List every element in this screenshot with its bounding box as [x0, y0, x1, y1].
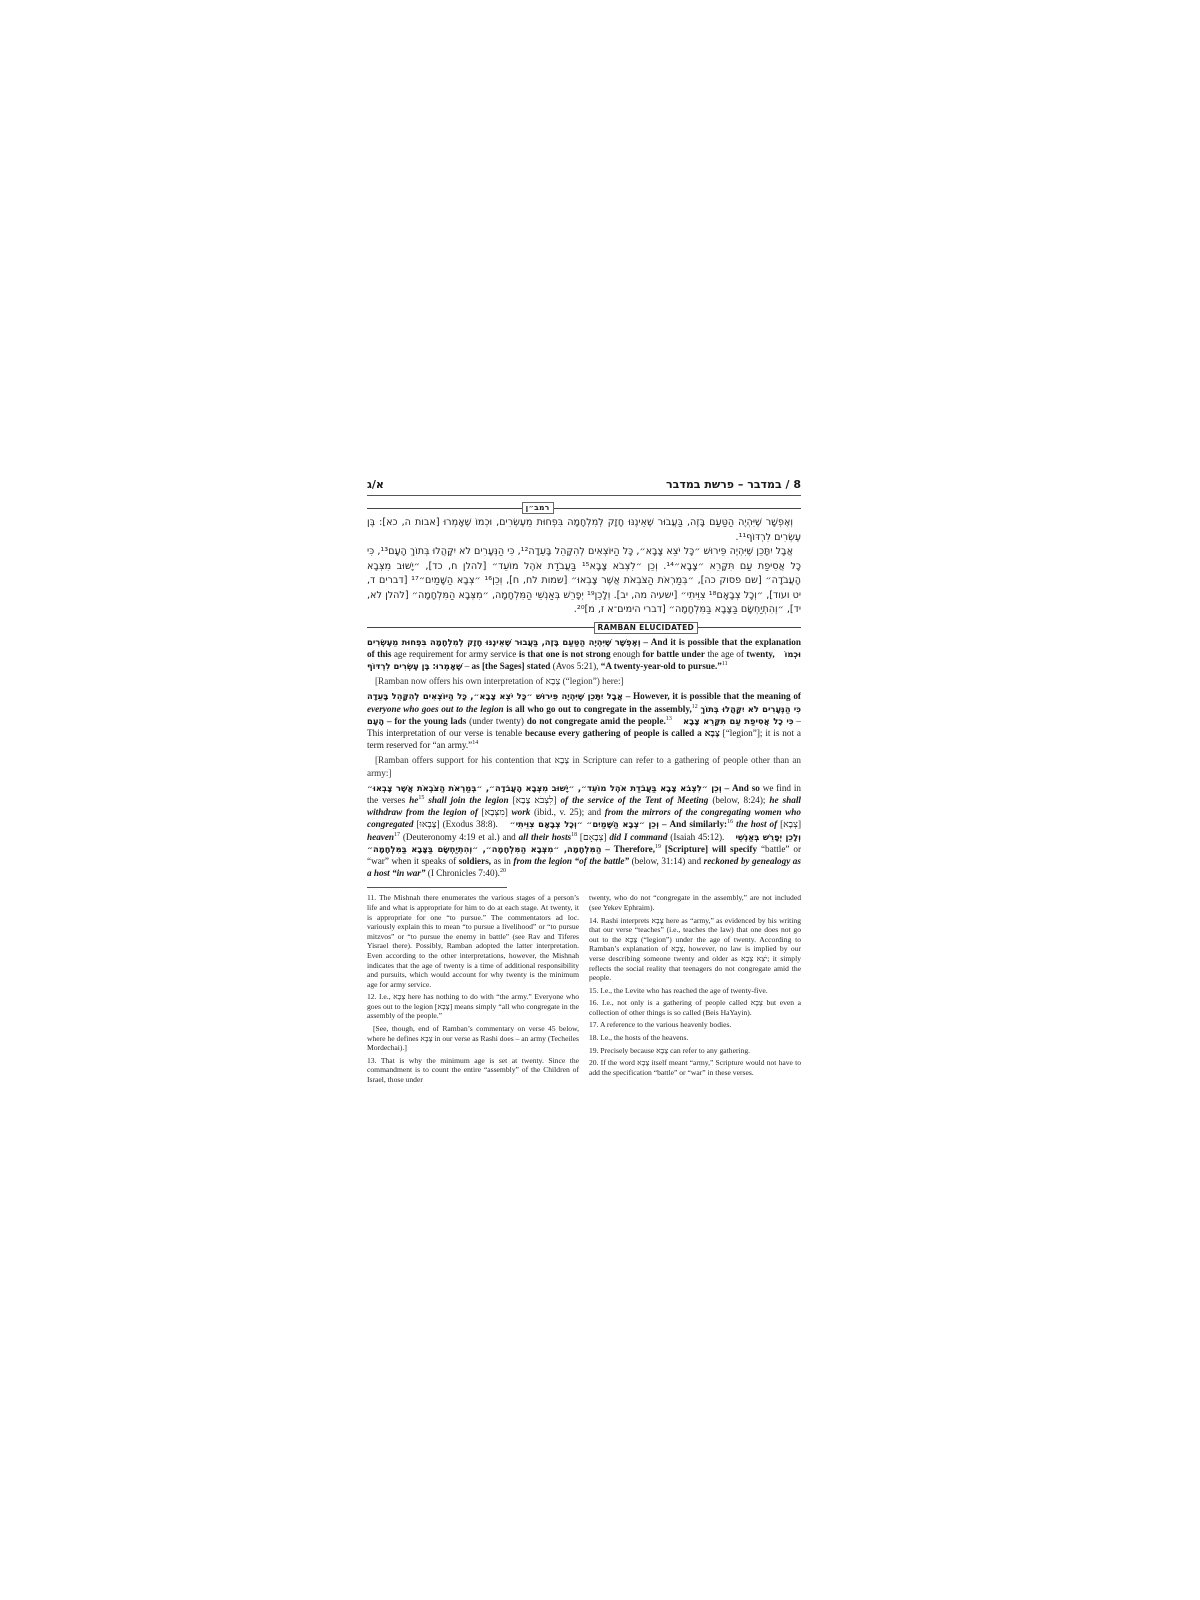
- footnote: 12. I.e., צָבָא here has nothing to do w…: [367, 992, 579, 1021]
- elucidated-label: RAMBAN ELUCIDATED: [594, 622, 698, 634]
- footnote-ref[interactable]: 12: [692, 703, 698, 709]
- footnote: 15. I.e., the Levite who has reached the…: [589, 986, 801, 996]
- footnote-ref[interactable]: 20: [500, 868, 506, 874]
- elucidated-paragraph: וְאֶפְשָׁר שֶׁיִּהְיֶה הַטַּעַם בָּזֶה, …: [367, 636, 801, 673]
- elucidated-text: וְאֶפְשָׁר שֶׁיִּהְיֶה הַטַּעַם בָּזֶה, …: [367, 636, 801, 880]
- editorial-note: [Ramban offers support for his contentio…: [367, 754, 801, 778]
- footnote: 14. Rashi interprets צָבָא here as “army…: [589, 916, 801, 983]
- footnote: 20. If the word צָבָא itself meant “army…: [589, 1058, 801, 1077]
- footnotes: 11. The Mishnah there enumerates the var…: [367, 893, 801, 1087]
- footnote: 16. I.e., not only is a gathering of peo…: [589, 998, 801, 1017]
- footnote: 13. That is why the minimum age is set a…: [367, 1056, 579, 1085]
- footnote: 17. A reference to the various heavenly …: [589, 1020, 801, 1030]
- ramban-section-divider: רמב״ן: [367, 502, 801, 514]
- editorial-note: [Ramban now offers his own interpretatio…: [367, 675, 801, 687]
- ramban-hebrew-text: וְאֶפְשָׁר שֶׁיִּהְיֶה הַטַּעַם בָּזֶה, …: [367, 516, 801, 618]
- chapter-verse-ref: א/ג: [367, 478, 384, 491]
- footnote: 18. I.e., the hosts of the heavens.: [589, 1033, 801, 1043]
- footnotes-left-column: 11. The Mishnah there enumerates the var…: [367, 893, 579, 1087]
- footnotes-right-column: twenty, who do not “congregate in the as…: [589, 893, 801, 1087]
- elucidated-paragraph: וְכֵן ״לִצְבֹא צָבָא בַּעֲבֹדַת אֹהֶל מו…: [367, 782, 801, 880]
- footnote-ref[interactable]: 14: [472, 740, 478, 746]
- footnote-ref[interactable]: 13: [666, 716, 672, 722]
- footnote: twenty, who do not “congregate in the as…: [589, 893, 801, 912]
- elucidated-section-divider: RAMBAN ELUCIDATED: [367, 622, 801, 634]
- ramban-label: רמב״ן: [522, 502, 554, 514]
- ramban-paragraph: וְאֶפְשָׁר שֶׁיִּהְיֶה הַטַּעַם בָּזֶה, …: [367, 516, 801, 545]
- footnote: [See, though, end of Ramban’s commentary…: [367, 1024, 579, 1053]
- footnote: 11. The Mishnah there enumerates the var…: [367, 893, 579, 989]
- footnote: 19. Precisely because צָבָא can refer to…: [589, 1046, 801, 1056]
- ramban-paragraph: אֲבָל יִתָּכֵן שֶׁיִּהְיֶה פֵּירוּשׁ ״כָ…: [367, 545, 801, 618]
- book-page: א/ג 8 / במדבר – פרשת במדבר רמב״ן וְאֶפְש…: [367, 478, 801, 1088]
- footnote-ref[interactable]: 11: [722, 661, 728, 667]
- page-title: 8 / במדבר – פרשת במדבר: [666, 478, 801, 491]
- footnote-divider: [367, 887, 507, 888]
- running-head: א/ג 8 / במדבר – פרשת במדבר: [367, 478, 801, 496]
- elucidated-paragraph: אֲבָל יִתָּכֵן שֶׁיִּהְיֶה פֵּירוּשׁ ״כָ…: [367, 690, 801, 751]
